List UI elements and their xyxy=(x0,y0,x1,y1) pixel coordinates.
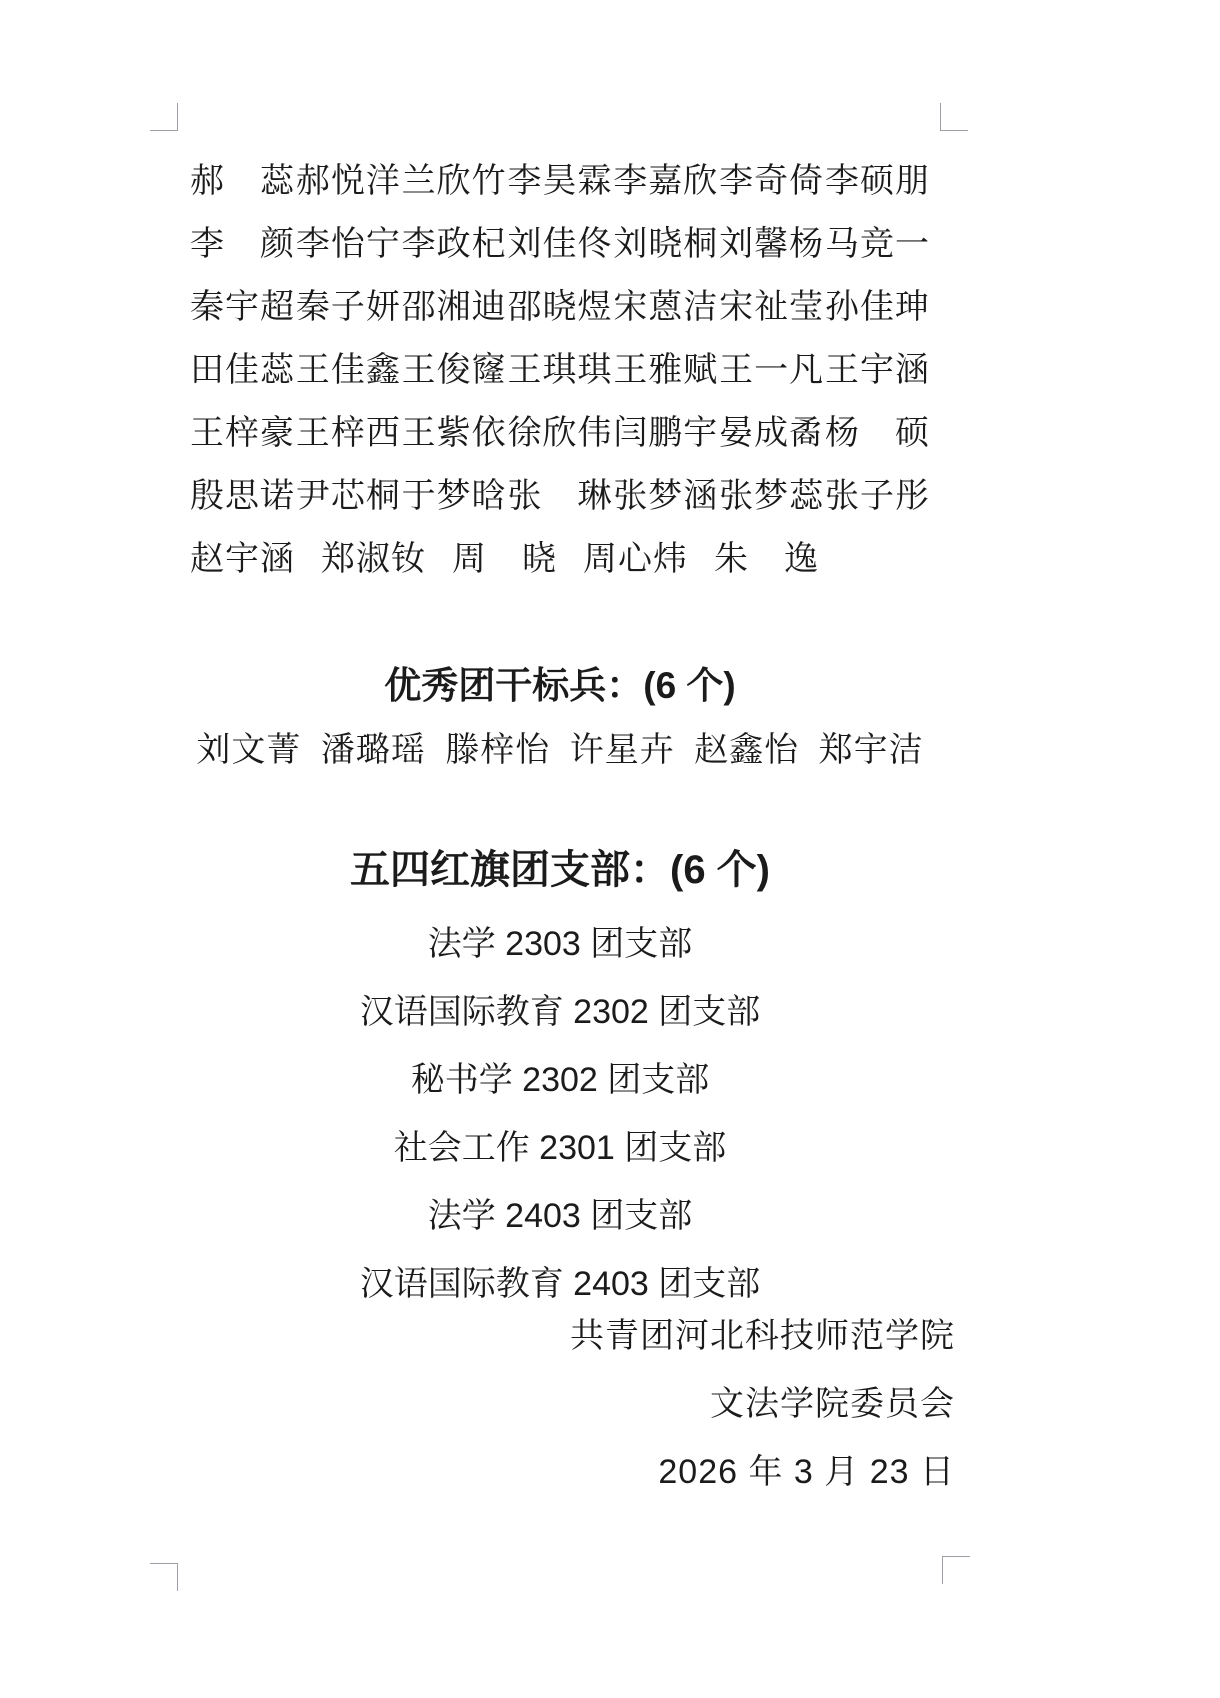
document-page: 郝 蕊 郝悦洋 兰欣竹 李昊霖 李嘉欣 李奇倚 李硕朋 李 颜 李怡宁 李政杞 … xyxy=(0,0,1220,1698)
person-name: 闫鹏宇 xyxy=(613,405,718,454)
person-name: 宋祉莹 xyxy=(719,279,824,328)
crop-mark-top-left xyxy=(150,103,178,131)
signature-committee: 文法学院委员会 xyxy=(710,1376,955,1425)
person-name: 周 晓 xyxy=(452,531,557,580)
person-name: 王梓豪 xyxy=(190,405,295,454)
person-name: 王俊窿 xyxy=(402,342,507,391)
person-name: 周心炜 xyxy=(583,531,688,580)
person-name: 邵湘迪 xyxy=(402,279,507,328)
names-row: 郝 蕊 郝悦洋 兰欣竹 李昊霖 李嘉欣 李奇倚 李硕朋 xyxy=(190,146,930,209)
person-name: 杨 硕 xyxy=(825,405,930,454)
outstanding-cadres-names: 刘文菁 潘璐瑶 滕梓怡 许星卉 赵鑫怡 郑宇洁 xyxy=(180,722,940,771)
section-title-outstanding-cadres: 优秀团干标兵：(6 个) xyxy=(180,655,940,709)
signature-org: 共青团河北科技师范学院 xyxy=(570,1308,955,1357)
person-name: 王梓西 xyxy=(296,405,401,454)
signature-date: 2026 年 3 月 23 日 xyxy=(658,1444,955,1493)
person-name: 李硕朋 xyxy=(825,153,930,202)
person-name: 张梦涵 xyxy=(613,468,718,517)
person-name: 张 琳 xyxy=(507,468,612,517)
person-name: 刘佳佟 xyxy=(507,216,612,265)
branch-item: 法学 2403 团支部 xyxy=(180,1188,940,1237)
awardee-name-list: 郝 蕊 郝悦洋 兰欣竹 李昊霖 李嘉欣 李奇倚 李硕朋 李 颜 李怡宁 李政杞 … xyxy=(190,146,930,587)
person-name: 李政杞 xyxy=(402,216,507,265)
names-row: 王梓豪 王梓西 王紫依 徐欣伟 闫鹏宇 晏成矞 杨 硕 xyxy=(190,398,930,461)
branch-item: 社会工作 2301 团支部 xyxy=(180,1120,940,1169)
person-name: 李昊霖 xyxy=(507,153,612,202)
names-row: 李 颜 李怡宁 李政杞 刘佳佟 刘晓桐 刘馨杨 马竞一 xyxy=(190,209,930,272)
section-title-red-flag-branches: 五四红旗团支部：(6 个) xyxy=(180,838,940,895)
person-name: 王琪琪 xyxy=(507,342,612,391)
names-row: 田佳蕊 王佳鑫 王俊窿 王琪琪 王雅赋 王一凡 王宇涵 xyxy=(190,335,930,398)
crop-mark-bottom-left xyxy=(150,1563,178,1591)
person-name: 殷思诺 xyxy=(190,468,295,517)
names-row: 赵宇涵 郑淑钕 周 晓 周心炜 朱 逸 xyxy=(190,524,930,587)
names-row: 秦宇超 秦子妍 邵湘迪 邵晓煜 宋蒽洁 宋祉莹 孙佳珅 xyxy=(190,272,930,335)
person-name: 张梦蕊 xyxy=(719,468,824,517)
person-name: 于梦晗 xyxy=(402,468,507,517)
person-name: 李奇倚 xyxy=(719,153,824,202)
person-name: 刘晓桐 xyxy=(613,216,718,265)
person-name: 郝 蕊 xyxy=(190,153,295,202)
person-name: 张子彤 xyxy=(825,468,930,517)
person-name: 秦宇超 xyxy=(190,279,295,328)
person-name: 徐欣伟 xyxy=(507,405,612,454)
person-name: 田佳蕊 xyxy=(190,342,295,391)
person-name: 郑淑钕 xyxy=(321,531,426,580)
person-name: 赵宇涵 xyxy=(190,531,295,580)
person-name: 宋蒽洁 xyxy=(613,279,718,328)
person-name: 王紫依 xyxy=(402,405,507,454)
person-name: 朱 逸 xyxy=(714,531,819,580)
person-name: 王宇涵 xyxy=(825,342,930,391)
person-name: 王一凡 xyxy=(719,342,824,391)
person-name: 兰欣竹 xyxy=(402,153,507,202)
names-row: 殷思诺 尹芯桐 于梦晗 张 琳 张梦涵 张梦蕊 张子彤 xyxy=(190,461,930,524)
person-name: 李怡宁 xyxy=(296,216,401,265)
branch-item: 秘书学 2302 团支部 xyxy=(180,1052,940,1101)
person-name: 王雅赋 xyxy=(613,342,718,391)
person-name: 尹芯桐 xyxy=(296,468,401,517)
person-name: 邵晓煜 xyxy=(507,279,612,328)
crop-mark-top-right xyxy=(940,103,968,131)
person-name: 李 颜 xyxy=(190,216,295,265)
crop-mark-bottom-right xyxy=(942,1556,970,1584)
person-name: 刘馨杨 xyxy=(719,216,824,265)
person-name: 王佳鑫 xyxy=(296,342,401,391)
branch-item: 汉语国际教育 2302 团支部 xyxy=(180,984,940,1033)
branch-item: 汉语国际教育 2403 团支部 xyxy=(180,1256,940,1305)
branch-item: 法学 2303 团支部 xyxy=(180,916,940,965)
person-name: 郝悦洋 xyxy=(296,153,401,202)
person-name: 晏成矞 xyxy=(719,405,824,454)
person-name: 秦子妍 xyxy=(296,279,401,328)
person-name: 李嘉欣 xyxy=(613,153,718,202)
person-name: 孙佳珅 xyxy=(825,279,930,328)
person-name: 马竞一 xyxy=(825,216,930,265)
